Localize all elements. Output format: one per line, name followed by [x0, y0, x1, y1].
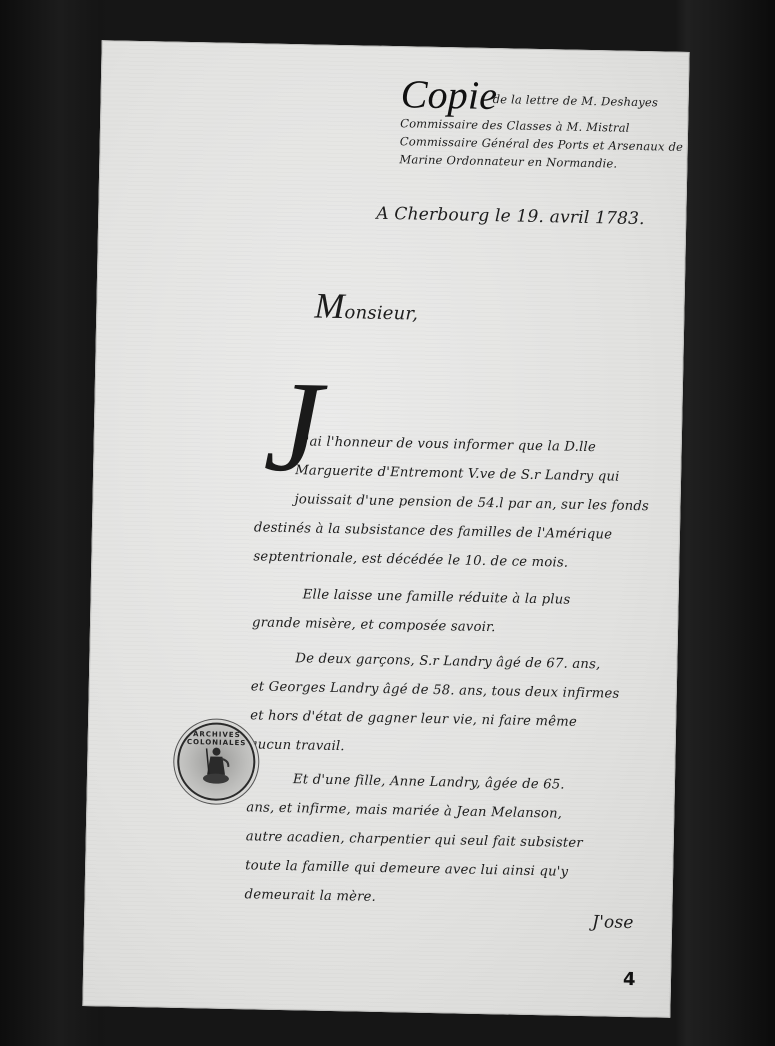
header-line: de la lettre de M. Deshayes [493, 92, 659, 109]
body-line: ans, et infirme, mais mariée à Jean Mela… [246, 800, 562, 821]
salutation-rest: onsieur, [344, 302, 418, 324]
body-line: aucun travail. [249, 737, 344, 754]
body-line: jouissait d'une pension de 54.l par an, … [294, 492, 649, 514]
place-date: A Cherbourg le 19. avril 1783. [376, 204, 645, 229]
header-title: Copie [400, 70, 497, 119]
body-line: et Georges Landry âgé de 58. ans, tous d… [251, 679, 620, 701]
header-line: Marine Ordonnateur en Normandie. [399, 152, 617, 170]
body-line: Marguerite d'Entremont V.ve de S.r Landr… [295, 463, 620, 485]
body-line: toute la famille qui demeure avec lui ai… [245, 858, 568, 879]
page-number: 4 [623, 969, 636, 990]
body-line: Elle laisse une famille réduite à la plu… [303, 587, 571, 607]
body-line: demeurait la mère. [244, 887, 376, 905]
salutation-initial: M [314, 286, 345, 327]
body-line: Et d'une fille, Anne Landry, âgée de 65. [293, 772, 565, 792]
body-line: grande misère, et composée savoir. [252, 615, 496, 635]
archive-stamp: ARCHIVES COLONIALES [177, 722, 257, 802]
salutation: Monsieur, [314, 285, 419, 329]
manuscript-page: Copie de la lettre de M. Deshayes Commis… [82, 40, 689, 1018]
body-line: et hors d'état de gagner leur vie, ni fa… [250, 708, 577, 730]
header-line: Commissaire des Classes à M. Mistral [400, 116, 630, 135]
body-line: De deux garçons, S.r Landry âgé de 67. a… [295, 651, 600, 672]
body-line: destinés à la subsistance des familles d… [254, 520, 612, 542]
body-line: 'ai l'honneur de vous informer que la D.… [306, 434, 596, 455]
body-line: septentrionale, est décédée le 10. de ce… [253, 549, 568, 570]
body-line: autre acadien, charpentier qui seul fait… [246, 829, 583, 851]
header-line: Commissaire Général des Ports et Arsenau… [400, 134, 684, 154]
allegorical-figure-icon [201, 744, 232, 785]
catchword: J'ose [592, 912, 634, 933]
